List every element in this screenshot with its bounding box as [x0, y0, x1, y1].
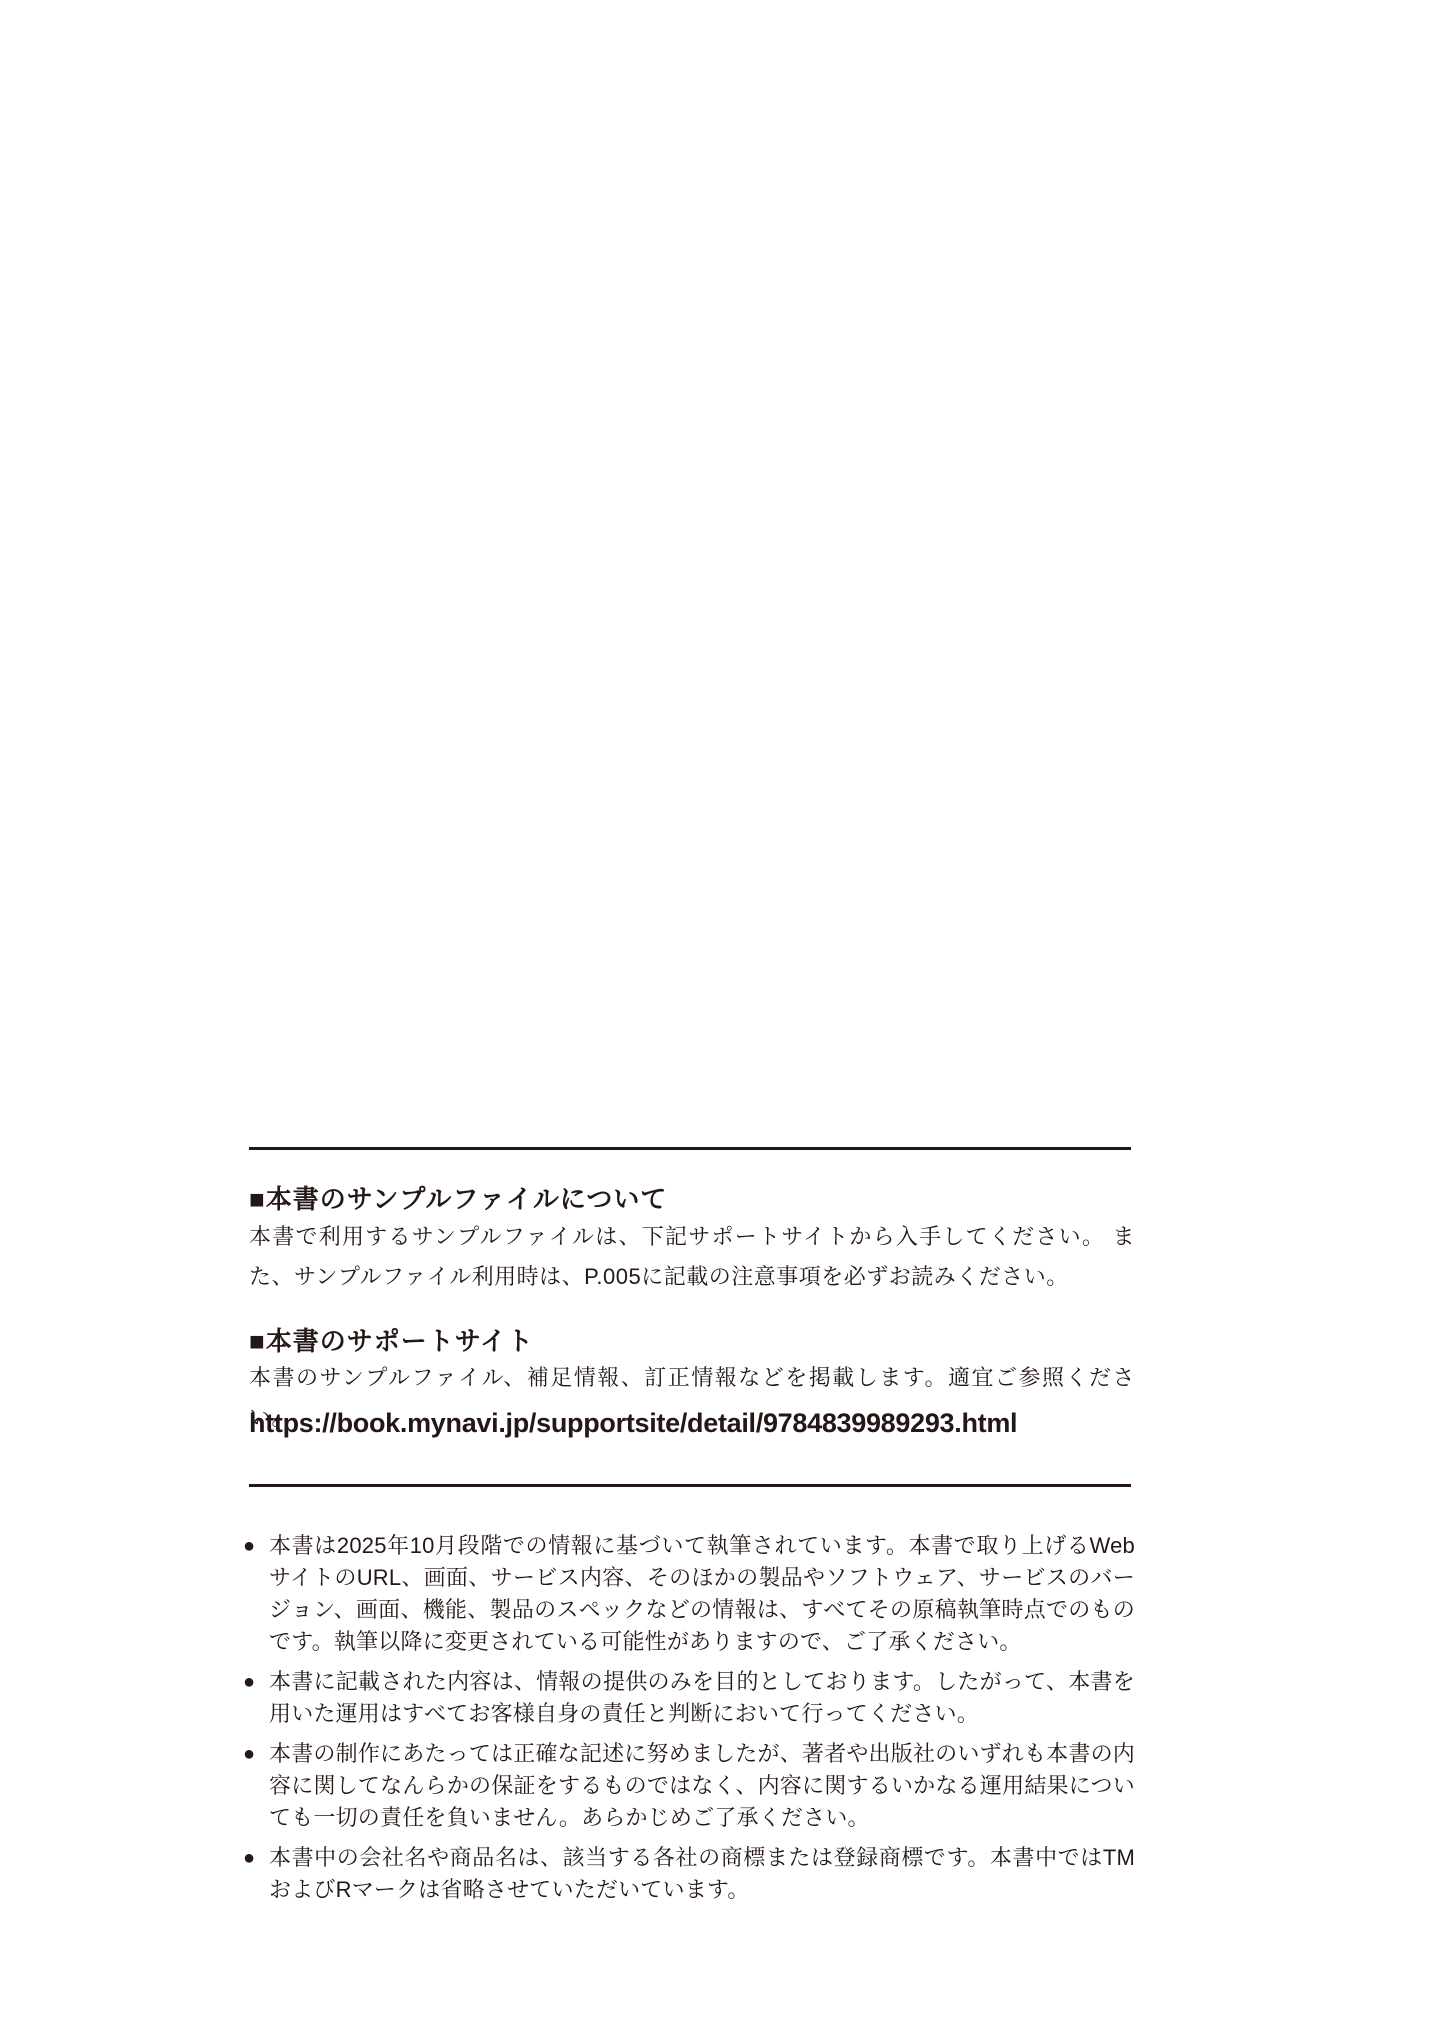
notice-item: ● 本書は2025年10月段階での情報に基づいて執筆されています。本書で取り上げ…: [243, 1530, 1135, 1658]
bullet-icon: ●: [243, 1666, 269, 1698]
support-site-heading: ■本書のサポートサイト: [249, 1326, 1135, 1356]
support-site-url: https://book.mynavi.jp/supportsite/detai…: [249, 1408, 1135, 1439]
bottom-divider-rule: [249, 1484, 1131, 1487]
notice-item: ● 本書の制作にあたっては正確な記述に努めましたが、著者や出版社のいずれも本書の…: [243, 1738, 1135, 1834]
notice-text: 本書の制作にあたっては正確な記述に努めましたが、著者や出版社のいずれも本書の内容…: [269, 1738, 1135, 1834]
sample-files-body: 本書で利用するサンプルファイルは、下記サポートサイトから入手してください。 また…: [249, 1217, 1135, 1297]
notice-item: ● 本書に記載された内容は、情報の提供のみを目的としております。したがって、本書…: [243, 1666, 1135, 1730]
notice-text: 本書中の会社名や商品名は、該当する各社の商標または登録商標です。本書中ではTMお…: [269, 1842, 1135, 1906]
bullet-icon: ●: [243, 1842, 269, 1874]
bullet-icon: ●: [243, 1738, 269, 1770]
notice-text: 本書に記載された内容は、情報の提供のみを目的としております。したがって、本書を用…: [269, 1666, 1135, 1730]
notice-item: ● 本書中の会社名や商品名は、該当する各社の商標または登録商標です。本書中ではT…: [243, 1842, 1135, 1906]
notice-text: 本書は2025年10月段階での情報に基づいて執筆されています。本書で取り上げるW…: [269, 1530, 1135, 1658]
top-divider-rule: [249, 1147, 1131, 1150]
sample-files-heading: ■本書のサンプルファイルについて: [249, 1184, 1135, 1214]
bullet-icon: ●: [243, 1530, 269, 1562]
book-front-matter-page: ■本書のサンプルファイルについて 本書で利用するサンプルファイルは、下記サポート…: [0, 0, 1433, 2024]
disclaimer-notes-list: ● 本書は2025年10月段階での情報に基づいて執筆されています。本書で取り上げ…: [243, 1530, 1135, 1914]
